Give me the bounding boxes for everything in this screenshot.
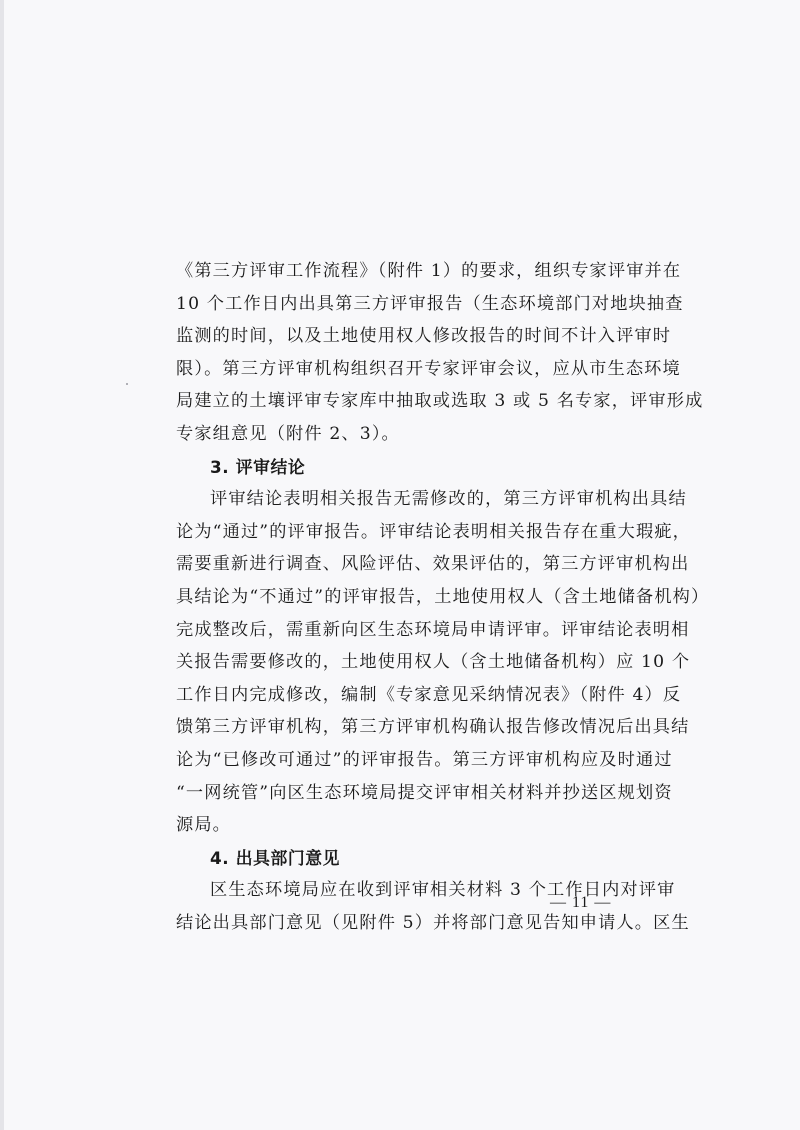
body-line: 源局。 [176, 809, 624, 842]
section-heading-department-opinion: 4. 出具部门意见 [176, 842, 624, 875]
body-line: 监测的时间，以及土地使用权人修改报告的时间不计入评审时 [176, 320, 624, 353]
section-heading-review-conclusion: 3. 评审结论 [176, 451, 624, 484]
body-line: 论为“已修改可通过”的评审报告。第三方评审机构应及时通过 [176, 744, 624, 777]
body-line: 限）。第三方评审机构组织召开专家评审会议，应从市生态环境 [176, 353, 624, 386]
body-line: 专家组意见（附件 2、3）。 [176, 418, 624, 451]
body-line: 完成整改后，需重新向区生态环境局申请评审。评审结论表明相 [176, 614, 624, 647]
body-line: 论为“通过”的评审报告。评审结论表明相关报告存在重大瑕疵， [176, 516, 624, 549]
body-line: 关报告需要修改的，土地使用权人（含土地储备机构）应 10 个 [176, 646, 624, 679]
body-line: 工作日内完成修改，编制《专家意见采纳情况表》（附件 4）反 [176, 679, 624, 712]
body-line: 具结论为“不通过”的评审报告，土地使用权人（含土地储备机构） [176, 581, 624, 614]
scan-speck [126, 383, 128, 385]
body-line: 评审结论表明相关报告无需修改的，第三方评审机构出具结 [176, 483, 624, 516]
page-edge-shadow [0, 0, 4, 1130]
body-line: “一网统管”向区生态环境局提交评审相关材料并抄送区规划资 [176, 777, 624, 810]
document-body: 《第三方评审工作流程》（附件 1）的要求，组织专家评审并在 10 个工作日内出具… [176, 255, 624, 939]
body-line: 局建立的土壤评审专家库中抽取或选取 3 或 5 名专家，评审形成 [176, 385, 624, 418]
body-line: 10 个工作日内出具第三方评审报告（生态环境部门对地块抽查 [176, 288, 624, 321]
body-line: 需要重新进行调查、风险评估、效果评估的，第三方评审机构出 [176, 548, 624, 581]
body-line: 馈第三方评审机构，第三方评审机构确认报告修改情况后出具结 [176, 711, 624, 744]
page-number: — 11 — [550, 894, 611, 912]
document-page: 《第三方评审工作流程》（附件 1）的要求，组织专家评审并在 10 个工作日内出具… [0, 0, 800, 1130]
body-line: 《第三方评审工作流程》（附件 1）的要求，组织专家评审并在 [176, 255, 624, 288]
